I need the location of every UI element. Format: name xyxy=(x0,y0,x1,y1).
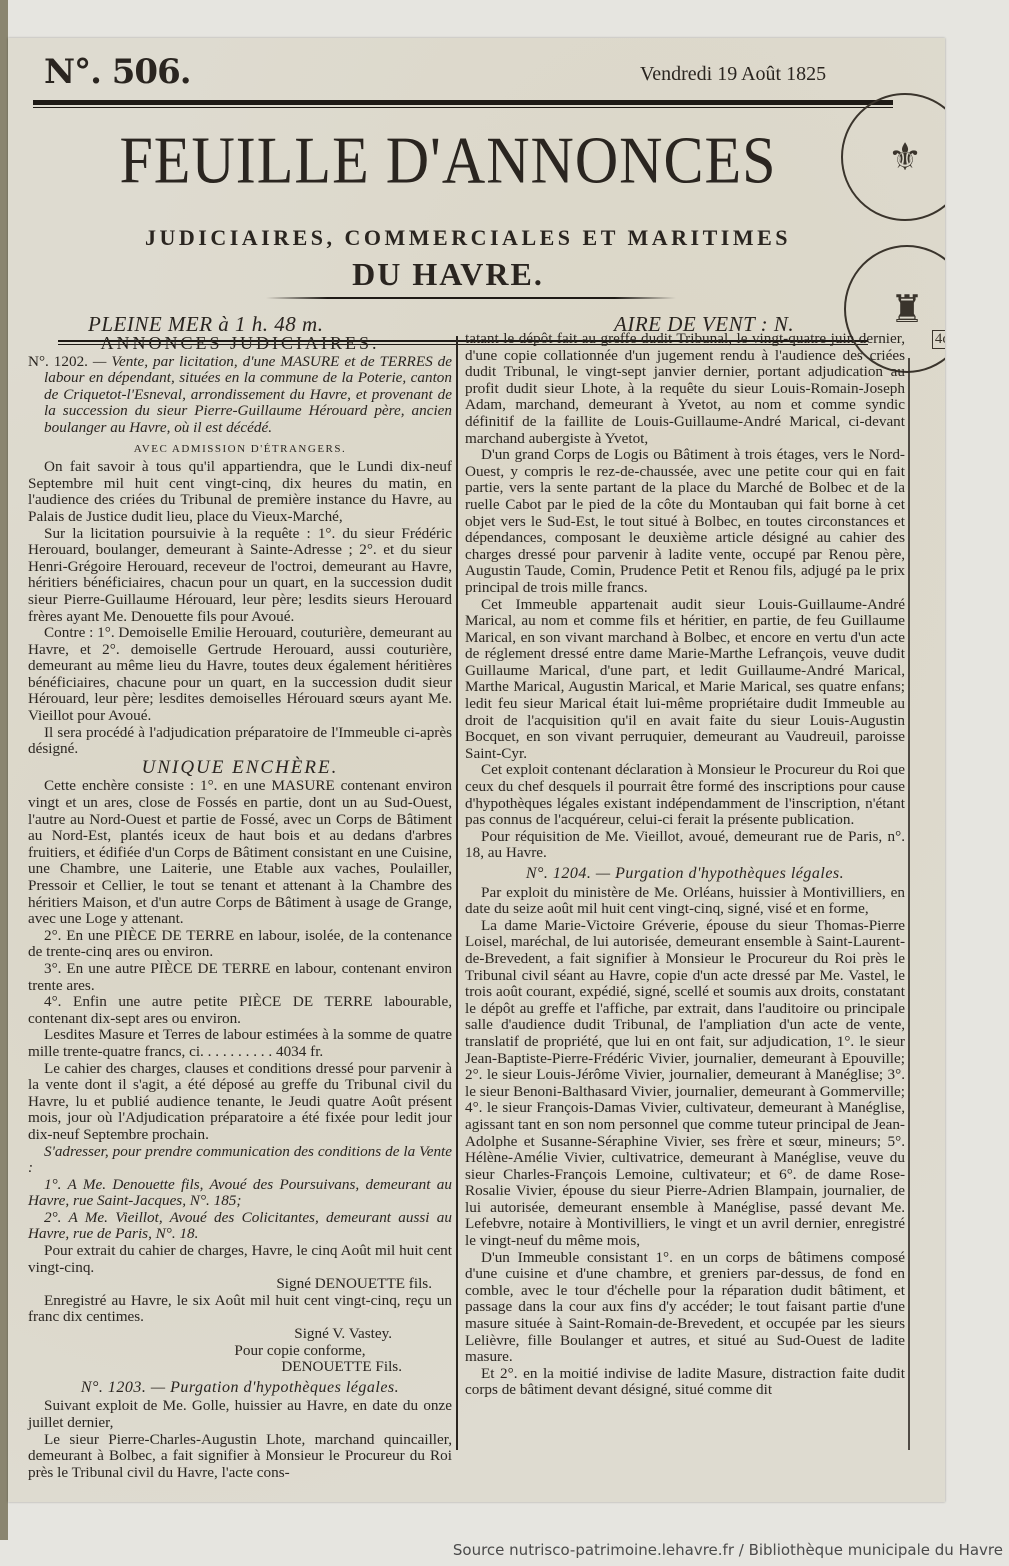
newspaper-city: DU HAVRE. xyxy=(8,256,888,293)
notice-1202-heading: N°. 1202. — Vente, par licitation, d'une… xyxy=(28,354,452,437)
paragraph: Contre : 1°. Demoiselle Emilie Herouard,… xyxy=(28,625,452,725)
paragraph: S'adresser, pour prendre communication d… xyxy=(28,1144,452,1177)
paragraph: Il sera procédé à l'adjudication prépara… xyxy=(28,725,452,758)
address: 1°. A Me. Denouette fils, Avoué des Pour… xyxy=(28,1177,452,1210)
paragraph: tatant le dépôt fait au greffe dudit Tri… xyxy=(465,331,905,447)
masthead: N°. 506. Vendredi 19 Août 1825 xyxy=(8,38,945,108)
signature: Signé DENOUETTE fils. xyxy=(28,1276,452,1293)
royal-figure-icon: ♜ xyxy=(890,287,924,331)
section-title: ANNONCES JUDICIAIRES. xyxy=(28,335,452,352)
signature: DENOUETTE Fils. xyxy=(28,1359,452,1376)
paragraph: Cet exploit contenant déclaration à Mons… xyxy=(465,762,905,828)
paragraph: Sur la licitation poursuivie à la requêt… xyxy=(28,526,452,626)
tax-stamp-extraordinaire: ⚜ xyxy=(841,93,945,221)
paragraph: Suivant exploit de Me. Golle, huissier a… xyxy=(28,1398,452,1431)
paragraph: D'un grand Corps de Logis ou Bâtiment à … xyxy=(465,447,905,596)
paragraph: Lesdites Masure et Terres de labour esti… xyxy=(28,1027,452,1060)
paragraph: Et 2°. en la moitié indivise de ladite M… xyxy=(465,1366,905,1399)
left-column: ANNONCES JUDICIAIRES. N°. 1202. — Vente,… xyxy=(28,331,452,1481)
source-credit: Source nutrisco-patrimoine.lehavre.fr / … xyxy=(453,1541,1003,1559)
issue-number: N°. 506. xyxy=(44,52,191,92)
right-column: tatant le dépôt fait au greffe dudit Tri… xyxy=(465,331,905,1399)
newspaper-subtitle: JUDICIAIRES, COMMERCIALES ET MARITIMES xyxy=(28,225,908,251)
scanner-backdrop xyxy=(0,0,8,1540)
paragraph: Cet Immeuble appartenait audit sieur Lou… xyxy=(465,597,905,763)
paragraph: Pour extrait du cahier de charges, Havre… xyxy=(28,1243,452,1276)
copy-line: Pour copie conforme, xyxy=(28,1343,452,1360)
newspaper-page: N°. 506. Vendredi 19 Août 1825 FEUILLE D… xyxy=(8,38,945,1502)
issue-date: Vendredi 19 Août 1825 xyxy=(640,63,826,86)
paragraph: Cette enchère consiste : 1°. en une MASU… xyxy=(28,778,452,927)
paragraph: Par exploit du ministère de Me. Orléans,… xyxy=(465,885,905,918)
column-divider xyxy=(456,336,458,1450)
paragraph: 4°. Enfin une autre petite PIÈCE DE TERR… xyxy=(28,994,452,1027)
notice-subheading: AVEC ADMISSION D'ÉTRANGERS. xyxy=(28,441,452,458)
stamp-value: 4c xyxy=(932,330,945,349)
notice-1203-heading: N°. 1203. — Purgation d'hypothèques léga… xyxy=(28,1380,452,1397)
masthead-rule-thin xyxy=(33,107,893,108)
column-border-right xyxy=(908,358,910,1450)
ornament-rule xyxy=(266,297,676,299)
paragraph: Enregistré au Havre, le six Août mil hui… xyxy=(28,1293,452,1326)
auction-heading: UNIQUE ENCHÈRE. xyxy=(28,760,452,777)
paragraph: 2°. En une PIÈCE DE TERRE en labour, iso… xyxy=(28,928,452,961)
paragraph: Pour réquisition de Me. Vieillot, avoué,… xyxy=(465,829,905,862)
paragraph: La dame Marie-Victoire Gréverie, épouse … xyxy=(465,918,905,1250)
paragraph: On fait savoir à tous qu'il appartiendra… xyxy=(28,459,452,525)
newspaper-title: FEUILLE D'ANNONCES xyxy=(8,122,888,199)
paragraph: 3°. En une autre PIÈCE DE TERRE en labou… xyxy=(28,961,452,994)
paragraph: Le cahier des charges, clauses et condit… xyxy=(28,1061,452,1144)
masthead-rule-thick xyxy=(33,100,893,105)
address: 2°. A Me. Vieillot, Avoué des Colicitant… xyxy=(28,1210,452,1243)
paragraph: D'un Immeuble consistant 1°. en un corps… xyxy=(465,1250,905,1366)
notice-1204-heading: N°. 1204. — Purgation d'hypothèques léga… xyxy=(465,866,905,883)
signature: Signé V. Vastey. xyxy=(28,1326,452,1343)
paragraph: Le sieur Pierre-Charles-Augustin Lhote, … xyxy=(28,1432,452,1482)
fleur-de-lis-icon: ⚜ xyxy=(888,135,922,179)
